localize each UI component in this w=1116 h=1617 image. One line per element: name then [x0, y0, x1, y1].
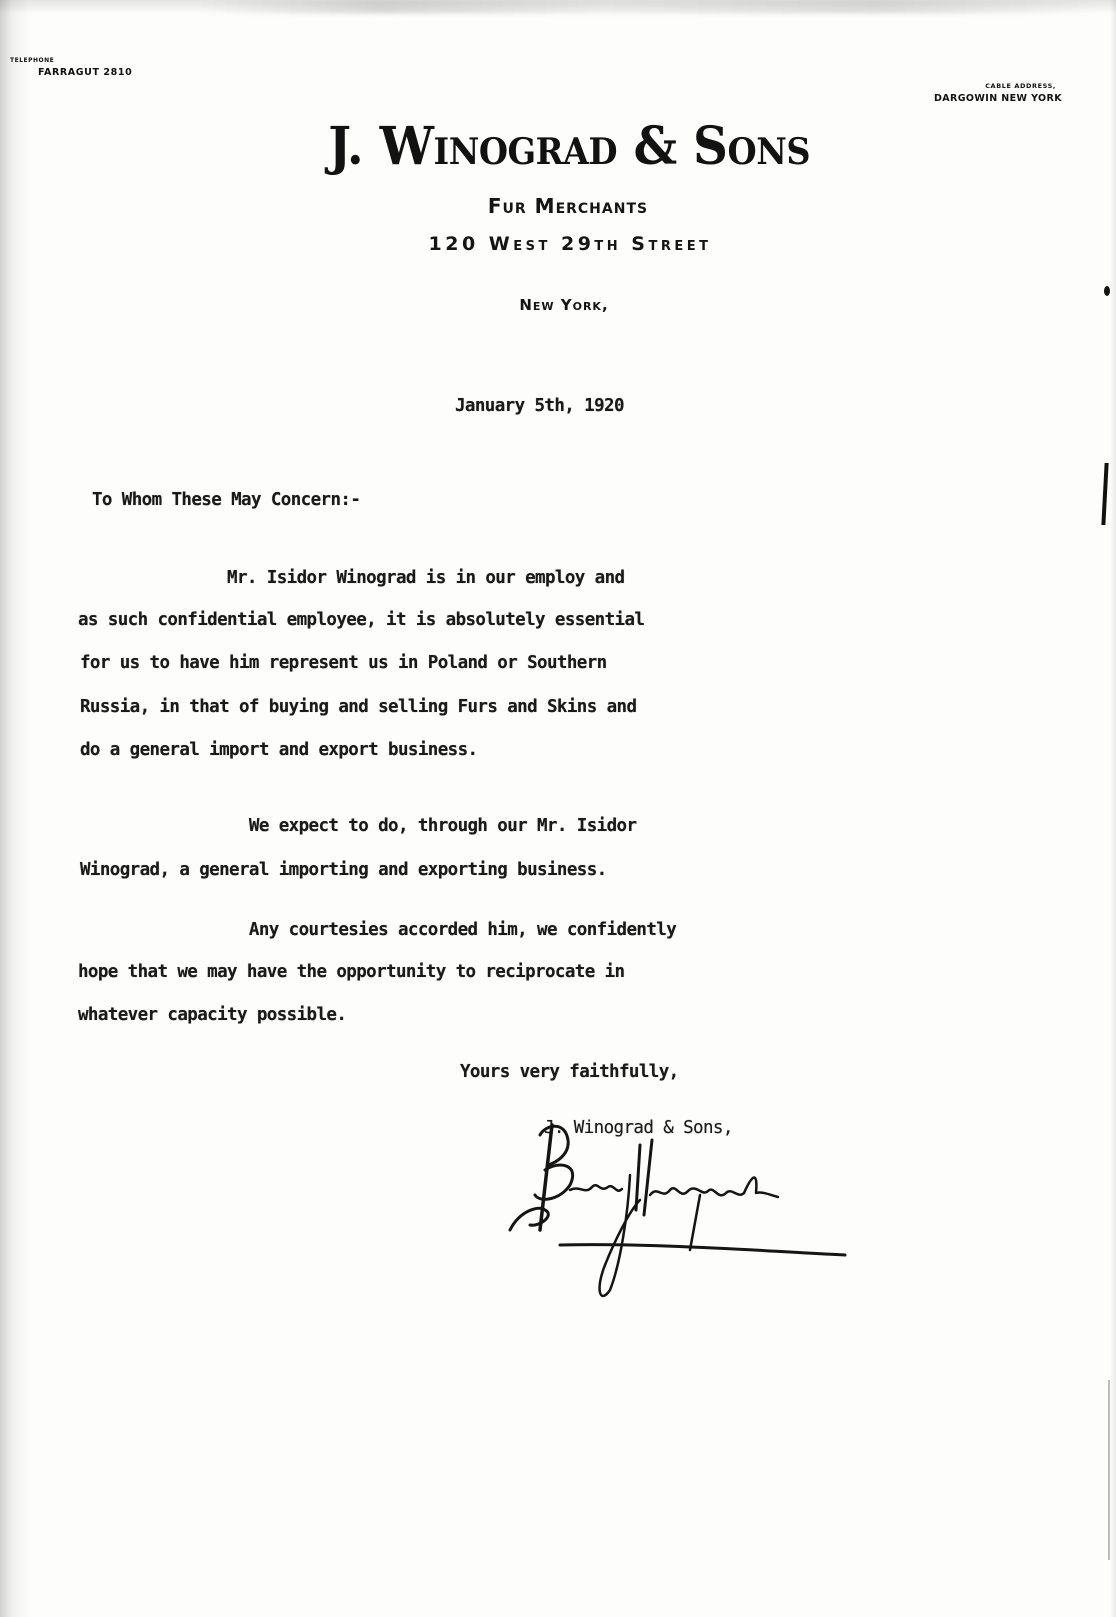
body-line: Russia, in that of buying and selling Fu… [80, 697, 636, 717]
body-line: We expect to do, through our Mr. Isidor [80, 816, 636, 836]
edge-faint-mark [1108, 1380, 1110, 1560]
closing: Yours very faithfully, [460, 1062, 679, 1082]
cable-address-label: Cable Address, [934, 83, 1056, 90]
company-name: J. Winograd & Sons [39, 116, 1077, 177]
edge-ink-dot [1104, 286, 1110, 296]
body-line: Any courtesies accorded him, we confiden… [80, 920, 676, 940]
telephone-number: Farragut 2810 [38, 68, 132, 78]
telephone-label: Telephone [10, 58, 132, 64]
edge-ink-mark [1101, 463, 1108, 525]
body-line: do a general import and export business. [80, 740, 477, 760]
body-line: Winograd, a general importing and export… [80, 860, 607, 880]
letter-page: Telephone Farragut 2810 Cable Address, D… [0, 0, 1116, 1617]
body-line: whatever capacity possible. [78, 1005, 346, 1025]
cable-address-block: Cable Address, Dargowin New York [934, 83, 1062, 103]
telephone-block: Telephone Farragut 2810 [10, 58, 132, 78]
letter-date: January 5th, 1920 [455, 396, 624, 416]
company-city: New York, [0, 296, 1116, 314]
salutation: To Whom These May Concern:- [92, 490, 360, 510]
body-line: hope that we may have the opportunity to… [78, 962, 624, 982]
body-line: for us to have him represent us in Polan… [80, 653, 607, 673]
body-line: Mr. Isidor Winograd is in our employ and [78, 568, 624, 588]
paper-scuff [200, 0, 1100, 14]
company-address: 120 West 29th Street [0, 233, 1116, 255]
company-tagline: Fur Merchants [0, 194, 1116, 218]
cable-address-value: Dargowin New York [934, 94, 1062, 104]
body-line: as such confidential employee, it is abs… [78, 610, 644, 630]
handwritten-signature: Benj Winograd [500, 1115, 880, 1305]
